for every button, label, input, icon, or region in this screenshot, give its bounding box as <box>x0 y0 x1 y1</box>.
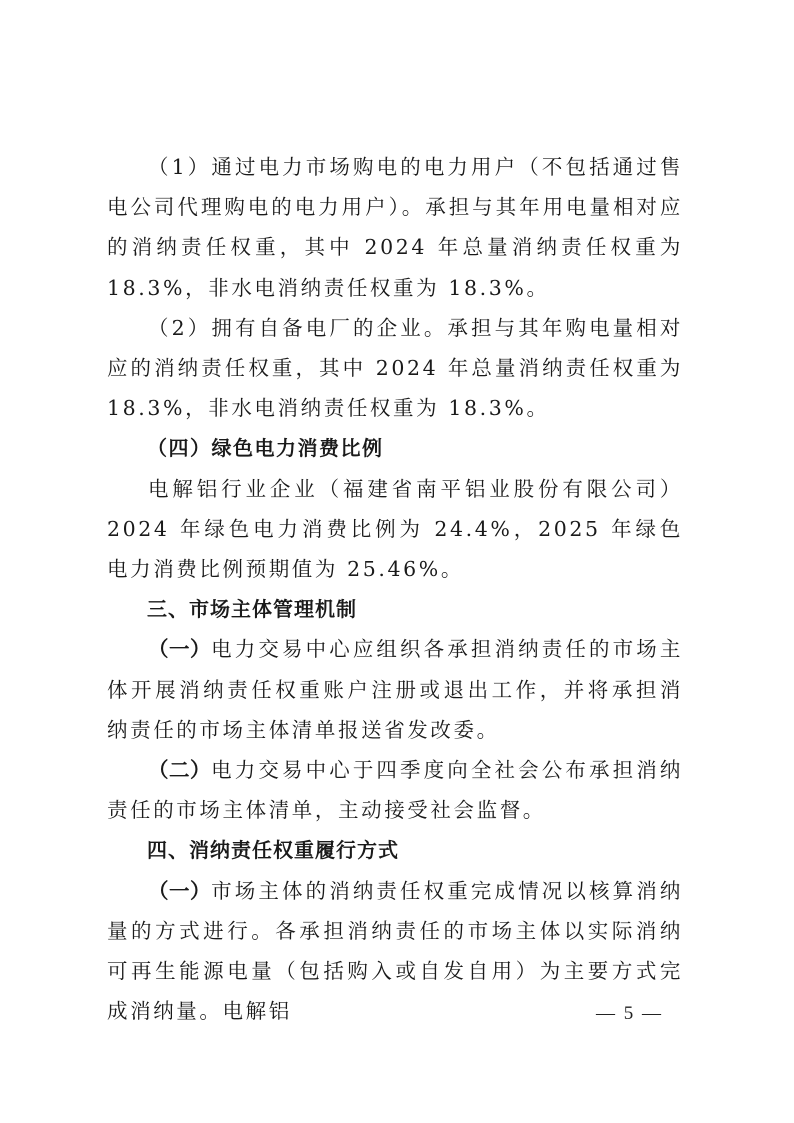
item-number: （二） <box>148 758 211 782</box>
paragraph-public-list: （二）电力交易中心于四季度向全社会公布承担消纳责任的市场主体清单，主动接受社会监… <box>107 750 683 830</box>
paragraph-power-users: （1）通过电力市场购电的电力用户（不包括通过售电公司代理购电的电力用户）。承担与… <box>107 147 683 308</box>
item-number: （一） <box>148 879 211 903</box>
paragraph-account-registration: （一）电力交易中心应组织各承担消纳责任的市场主体开展消纳责任权重账户注册或退出工… <box>107 629 683 750</box>
document-body: （1）通过电力市场购电的电力用户（不包括通过售电公司代理购电的电力用户）。承担与… <box>107 147 683 1031</box>
page-number: — 5 — <box>596 1003 663 1025</box>
item-number: （一） <box>148 637 211 661</box>
subheading-green-power-ratio: （四）绿色电力消费比例 <box>107 428 683 468</box>
heading-market-management: 三、市场主体管理机制 <box>107 589 683 629</box>
heading-fulfillment-method: 四、消纳责任权重履行方式 <box>107 830 683 870</box>
paragraph-self-owned-plants: （2）拥有自备电厂的企业。承担与其年购电量相对应的消纳责任权重，其中 2024 … <box>107 308 683 429</box>
paragraph-aluminum-ratio: 电解铝行业企业（福建省南平铝业股份有限公司）2024 年绿色电力消费比例为 24… <box>107 469 683 590</box>
